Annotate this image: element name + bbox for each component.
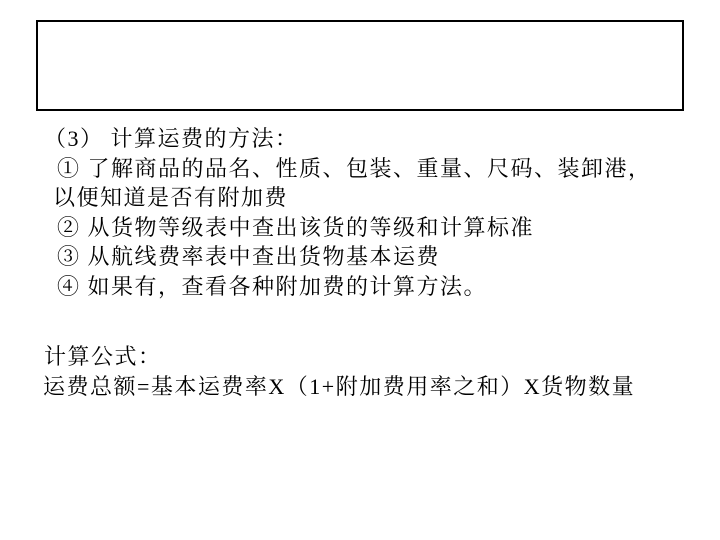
presentation-slide: （3） 计算运费的方法： ① 了解商品的品名、性质、包装、重量、尺码、装卸港， … xyxy=(0,0,720,540)
list-item-1: ① 了解商品的品名、性质、包装、重量、尺码、装卸港， xyxy=(38,154,710,184)
formula-block: 计算公式： 运费总额=基本运费率X（1+附加费用率之和）X货物数量 xyxy=(38,342,710,401)
title-placeholder-box xyxy=(36,20,684,111)
list-item-2: ② 从货物等级表中查出该货的等级和计算标准 xyxy=(38,213,710,243)
list-item-4: ④ 如果有，查看各种附加费的计算方法。 xyxy=(38,272,710,302)
body-text-block: （3） 计算运费的方法： ① 了解商品的品名、性质、包装、重量、尺码、装卸港， … xyxy=(38,124,710,301)
list-item-1-continuation: 以便知道是否有附加费 xyxy=(38,183,710,213)
formula-label: 计算公式： xyxy=(38,342,710,372)
section-heading: （3） 计算运费的方法： xyxy=(38,124,710,154)
list-item-3: ③ 从航线费率表中查出货物基本运费 xyxy=(38,242,710,272)
formula-expression: 运费总额=基本运费率X（1+附加费用率之和）X货物数量 xyxy=(38,372,710,402)
